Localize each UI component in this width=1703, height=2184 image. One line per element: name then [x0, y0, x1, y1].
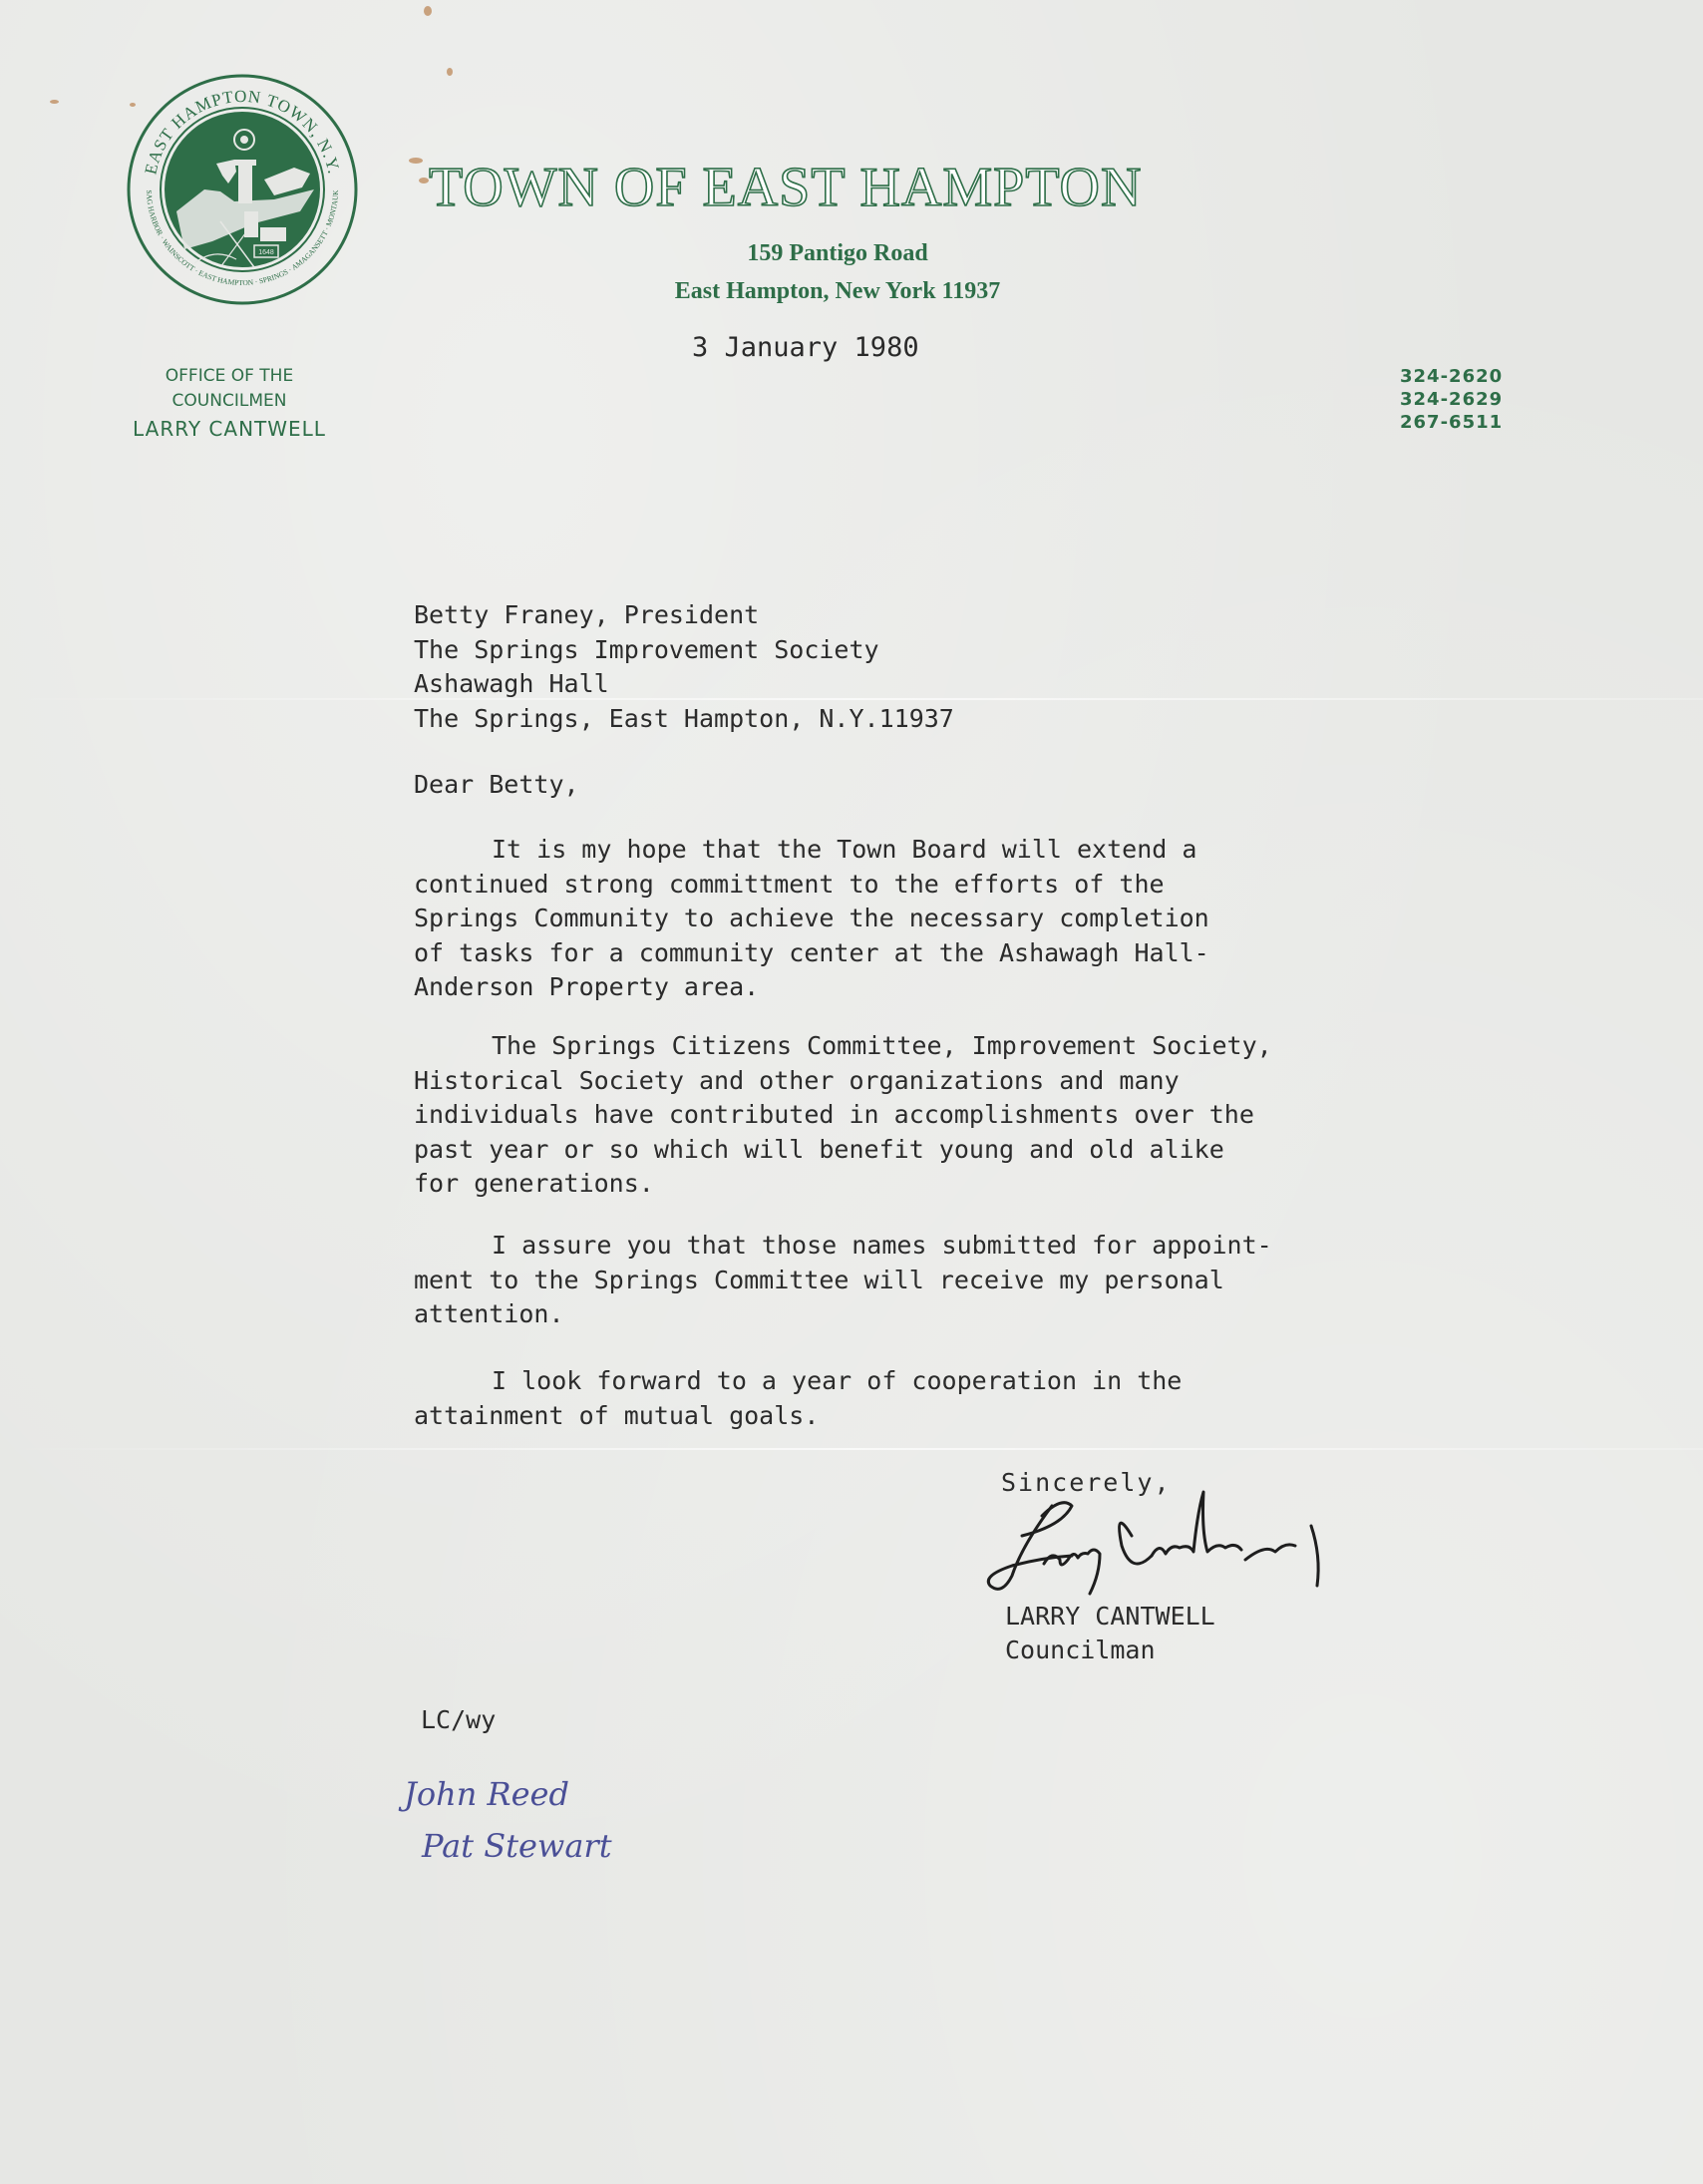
salutation-text: Dear Betty, [414, 768, 579, 803]
handwritten-cc-names: John Reed Pat Stewart [394, 1765, 703, 1875]
body-paragraph-1: It is my hope that the Town Board will e… [414, 833, 1209, 1005]
paper-stain [447, 68, 453, 76]
body-line: continued strong committment to the effo… [414, 868, 1209, 903]
office-block: OFFICE OF THE COUNCILMEN LARRY CANTWELL [110, 364, 349, 442]
phone-numbers: 324-2620 324-2629 267-6511 [1400, 365, 1503, 434]
body-line: Springs Community to achieve the necessa… [414, 902, 1209, 936]
paper-stain [50, 100, 59, 104]
letterhead-address-line2: East Hampton, New York 11937 [558, 279, 1117, 303]
svg-text:1648: 1648 [258, 249, 274, 256]
body-line: I assure you that those names submitted … [414, 1229, 1272, 1264]
paper-stain [424, 6, 432, 16]
signer-title: Councilman [1005, 1634, 1156, 1668]
body-line: Historical Society and other organizatio… [414, 1064, 1272, 1099]
recipient-line: The Springs Improvement Society [414, 633, 954, 668]
letterhead-address-line1: 159 Pantigo Road [558, 241, 1117, 265]
recipient-line: Ashawagh Hall [414, 667, 954, 702]
body-line: attainment of mutual goals. [414, 1399, 1182, 1434]
phone-number: 324-2620 [1400, 365, 1503, 388]
town-seal-icon: EAST HAMPTON TOWN, N.Y. SAG HARBOR · WAI… [125, 72, 360, 307]
body-line: individuals have contributed in accompli… [414, 1098, 1272, 1133]
paper-stain [419, 178, 429, 183]
body-line: I look forward to a year of cooperation … [414, 1364, 1182, 1399]
body-line: of tasks for a community center at the A… [414, 936, 1209, 971]
letter-date: 3 January 1980 [692, 334, 919, 361]
body-line: for generations. [414, 1167, 1272, 1202]
office-line2: COUNCILMEN [110, 389, 349, 414]
svg-text:Pat Stewart: Pat Stewart [421, 1827, 612, 1865]
phone-number: 324-2629 [1400, 388, 1503, 411]
paper-fold-line [0, 1448, 1703, 1450]
body-paragraph-2: The Springs Citizens Committee, Improvem… [414, 1029, 1272, 1202]
body-line: attention. [414, 1297, 1272, 1332]
body-line: Anderson Property area. [414, 970, 1209, 1005]
body-line: ment to the Springs Committee will recei… [414, 1264, 1272, 1298]
body-line: The Springs Citizens Committee, Improvem… [414, 1029, 1272, 1064]
body-line: It is my hope that the Town Board will e… [414, 833, 1209, 868]
letterhead-title: TOWN OF EAST HAMPTON [429, 160, 1226, 215]
body-paragraph-3: I assure you that those names submitted … [414, 1229, 1272, 1332]
recipient-address: Betty Franey, President The Springs Impr… [414, 598, 954, 736]
body-paragraph-4: I look forward to a year of cooperation … [414, 1364, 1182, 1433]
office-name: LARRY CANTWELL [110, 417, 349, 442]
paper-stain [409, 158, 423, 164]
recipient-line: Betty Franey, President [414, 598, 954, 633]
signer-name: LARRY CANTWELL [1005, 1600, 1215, 1635]
handwritten-signature [982, 1486, 1361, 1606]
recipient-line: The Springs, East Hampton, N.Y.11937 [414, 702, 954, 737]
body-line: past year or so which will benefit young… [414, 1133, 1272, 1168]
svg-text:John Reed: John Reed [398, 1775, 569, 1813]
salutation: Dear Betty, [414, 768, 579, 803]
office-line1: OFFICE OF THE [110, 364, 349, 389]
phone-number: 267-6511 [1400, 411, 1503, 434]
reference-initials: LC/wy [421, 1703, 496, 1738]
